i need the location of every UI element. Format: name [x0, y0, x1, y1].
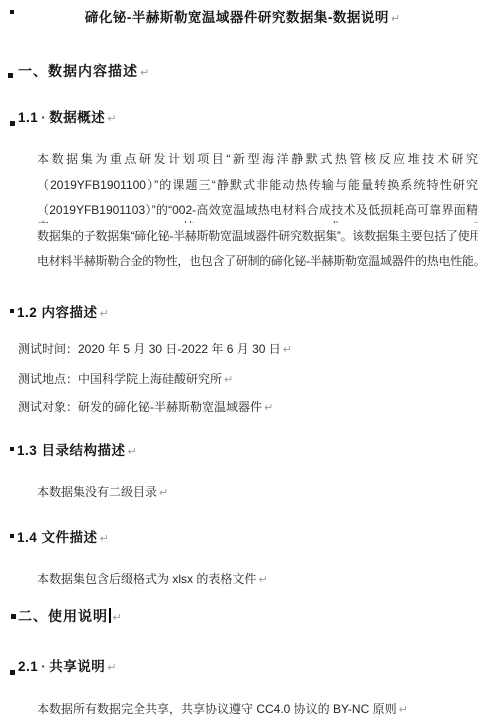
paragraph-mark-icon: ↵	[283, 344, 292, 356]
paragraph-mark-icon: ↵	[258, 574, 267, 586]
heading-2-1[interactable]: 2.1·共享说明↵	[18, 655, 117, 675]
file-format-text: 本数据集包含后缀格式为 xlsx 的表格文件	[37, 572, 256, 586]
outline-marker-icon	[10, 309, 14, 313]
heading-section-1[interactable]: 一、数据内容描述↵	[18, 61, 149, 81]
test-time-text: 测试时间：2020 年 5 月 30 日-2022 年 6 月 30 日	[18, 342, 281, 356]
paragraph-mark-icon: ↵	[113, 612, 122, 624]
outline-marker-icon	[10, 670, 15, 675]
paragraph-mark-icon: ↵	[224, 374, 233, 386]
test-place-line[interactable]: 测试地点：中国科学院上海硅酸研究所↵	[18, 370, 233, 387]
heading-1-3-text: 1.3 目录结构描述	[17, 443, 126, 458]
overview-paragraph-line[interactable]: 数据集的子数据集“碲化铋-半赫斯勒宽温域器件研究数据集”。该数据集主要包括了使用…	[37, 227, 478, 249]
paragraph-mark-icon: ↵	[107, 662, 116, 674]
paragraph-mark-icon: ↵	[391, 13, 400, 25]
heading-2-1-num: 2.1	[18, 659, 38, 674]
text-cursor	[109, 608, 111, 623]
space-mark-icon: ·	[38, 110, 49, 125]
paragraph-mark-icon: ↵	[100, 533, 109, 545]
share-policy-text: 本数据所有数据完全共享，共享协议遵守 CC4.0 协议的 BY-NC 原则	[37, 702, 397, 716]
directory-note-text: 本数据集没有二级目录	[37, 485, 157, 499]
heading-1-1-label: 数据概述	[49, 110, 105, 125]
page-title-text: 碲化铋-半赫斯勒宽温域器件研究数据集-数据说明	[85, 10, 389, 25]
paragraph-mark-icon: ↵	[264, 402, 273, 414]
heading-1-2[interactable]: 1.2 内容描述↵	[17, 301, 109, 321]
outline-marker-icon	[8, 73, 13, 78]
outline-marker-icon	[10, 447, 14, 451]
overview-paragraph-line[interactable]: （2019YFB1901100）”的课题三“静默式非能动热传输与能量转换系统特性…	[37, 176, 478, 198]
heading-section-2-text: 二、使用说明	[18, 608, 108, 624]
paragraph-mark-icon: ↵	[399, 704, 408, 716]
heading-1-2-text: 1.2 内容描述	[17, 305, 98, 320]
paragraph-mark-icon: ↵	[100, 308, 109, 320]
test-time-line[interactable]: 测试时间：2020 年 5 月 30 日-2022 年 6 月 30 日↵	[18, 340, 292, 357]
outline-marker-icon	[10, 121, 15, 126]
document-canvas[interactable]: 碲化铋-半赫斯勒宽温域器件研究数据集-数据说明↵ 一、数据内容描述↵ 1.1·数…	[0, 0, 485, 723]
directory-note-line[interactable]: 本数据集没有二级目录↵	[37, 483, 168, 500]
page-title: 碲化铋-半赫斯勒宽温域器件研究数据集-数据说明↵	[0, 6, 485, 26]
share-policy-line[interactable]: 本数据所有数据完全共享，共享协议遵守 CC4.0 协议的 BY-NC 原则↵	[37, 700, 408, 717]
test-object-line[interactable]: 测试对象：研发的碲化铋-半赫斯勒宽温域器件↵	[18, 398, 273, 415]
file-format-line[interactable]: 本数据集包含后缀格式为 xlsx 的表格文件↵	[37, 570, 268, 587]
outline-marker-icon	[10, 534, 14, 538]
heading-2-1-label: 共享说明	[49, 659, 105, 674]
paragraph-mark-icon: ↵	[128, 446, 137, 458]
heading-1-4[interactable]: 1.4 文件描述↵	[17, 526, 109, 546]
paragraph-mark-icon: ↵	[140, 67, 149, 79]
heading-section-1-text: 一、数据内容描述	[18, 63, 138, 79]
overview-paragraph-line-text: 电材料半赫斯勒合金的物性，也包含了研制的碲化铋-半赫斯勒宽温域器件的热电性能。	[37, 254, 478, 268]
overview-paragraph-line[interactable]: （2019YFB1901103）”的“002-高效宽温域热电材料合成技术及低损耗…	[37, 201, 478, 223]
test-object-text: 测试对象：研发的碲化铋-半赫斯勒宽温域器件	[18, 400, 262, 414]
outline-marker-icon	[11, 614, 16, 619]
test-place-text: 测试地点：中国科学院上海硅酸研究所	[18, 372, 222, 386]
overview-paragraph-line[interactable]: 电材料半赫斯勒合金的物性，也包含了研制的碲化铋-半赫斯勒宽温域器件的热电性能。↵	[37, 252, 478, 274]
heading-1-1-num: 1.1	[18, 110, 38, 125]
heading-section-2[interactable]: 二、使用说明↵	[18, 606, 122, 626]
paragraph-mark-icon: ↵	[107, 113, 116, 125]
heading-1-3[interactable]: 1.3 目录结构描述↵	[17, 439, 137, 459]
space-mark-icon: ·	[38, 659, 49, 674]
heading-1-1[interactable]: 1.1·数据概述↵	[18, 106, 117, 126]
heading-1-4-text: 1.4 文件描述	[17, 530, 98, 545]
paragraph-mark-icon: ↵	[159, 487, 168, 499]
overview-paragraph-line[interactable]: 本数据集为重点研发计划项目“新型海洋静默式热管核反应堆技术研究	[37, 150, 478, 172]
